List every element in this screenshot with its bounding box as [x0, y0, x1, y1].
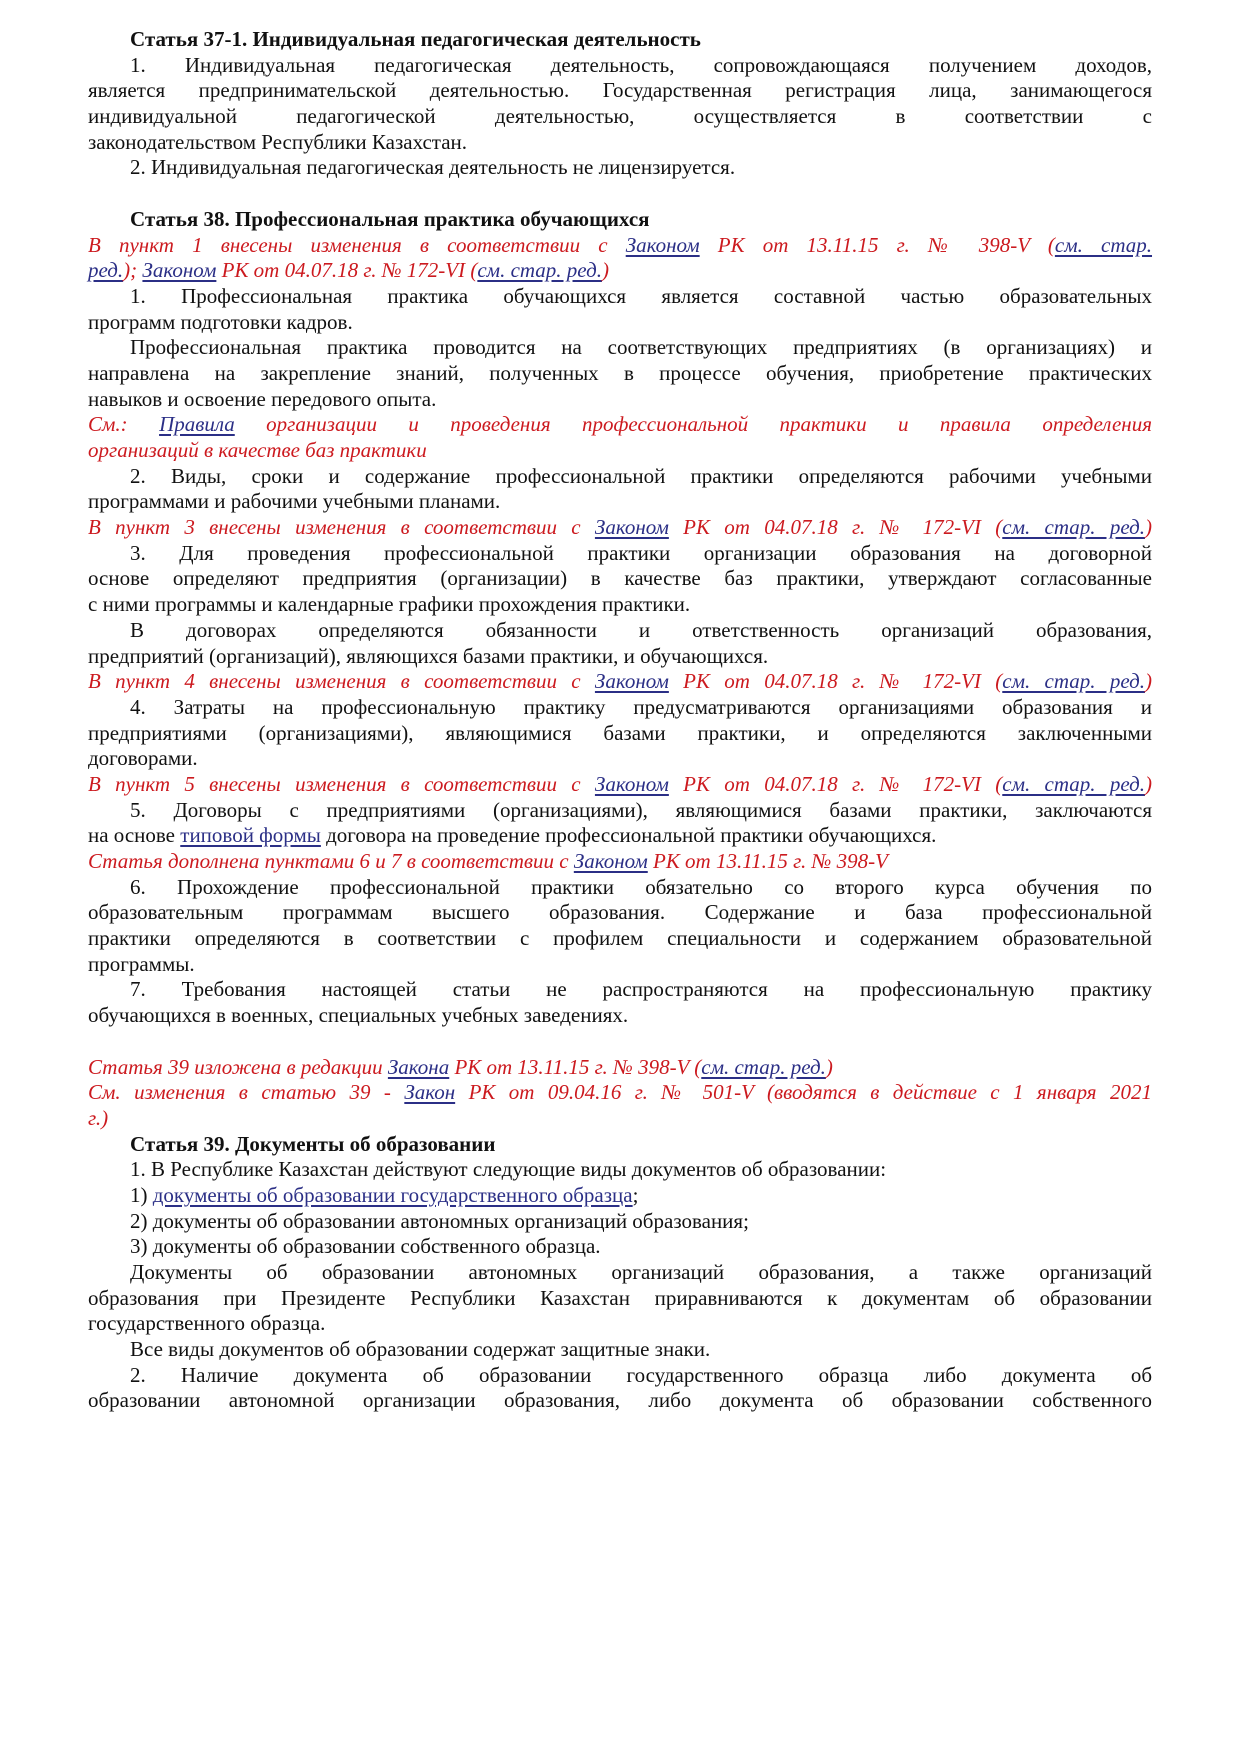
note-text: См. изменения в статью 39 - — [88, 1080, 404, 1104]
paragraph-line: 2. Виды, сроки и содержание профессионал… — [88, 464, 1152, 490]
note-text: ) — [602, 258, 609, 282]
standard-form-link[interactable]: типовой формы — [180, 823, 321, 847]
rules-link[interactable]: Правила — [159, 412, 235, 436]
paragraph-line: 1. В Республике Казахстан действуют след… — [88, 1157, 1152, 1183]
law-link[interactable]: Законом — [595, 669, 669, 693]
old-edition-link[interactable]: см. стар. ред. — [1002, 515, 1145, 539]
paragraph-line: государственного образца. — [88, 1311, 1152, 1337]
paragraph-line: 2. Наличие документа об образовании госу… — [88, 1363, 1152, 1389]
text: ; — [633, 1183, 639, 1207]
amendment-note-p5: В пункт 5 внесены изменения в соответств… — [88, 772, 1152, 798]
old-edition-link[interactable]: см. стар. ред. — [1002, 772, 1145, 796]
article-38-title: Статья 38. Профессиональная практика обу… — [88, 207, 1152, 233]
amendment-note-p4: В пункт 4 внесены изменения в соответств… — [88, 669, 1152, 695]
spacer — [88, 181, 1152, 207]
law-link[interactable]: Закон — [404, 1080, 455, 1104]
paragraph-line: 4. Затраты на профессиональную практику … — [88, 695, 1152, 721]
old-edition-link[interactable]: ред. — [88, 258, 123, 282]
paragraph-line: индивидуальной педагогической деятельнос… — [88, 104, 1152, 130]
paragraph-line: 5. Договоры с предприятиями (организация… — [88, 798, 1152, 824]
paragraph-line: 1. Индивидуальная педагогическая деятель… — [88, 53, 1152, 79]
law-link[interactable]: Законом — [142, 258, 216, 282]
paragraph-line: 3. Для проведения профессиональной практ… — [88, 541, 1152, 567]
spacer — [88, 1029, 1152, 1055]
old-edition-link[interactable]: см. стар. ред. — [701, 1055, 826, 1079]
note-text: ); — [123, 258, 142, 282]
old-edition-link[interactable]: см. стар. ред. — [477, 258, 602, 282]
paragraph-line: Документы об образовании автономных орга… — [88, 1260, 1152, 1286]
article-37-1-title: Статья 37-1. Индивидуальная педагогическ… — [88, 27, 1152, 53]
note-text: ) — [1145, 772, 1152, 796]
note-text: РК от 04.07.18 г. № 172-VI ( — [669, 669, 1002, 693]
paragraph-line: 2. Индивидуальная педагогическая деятель… — [88, 155, 1152, 181]
paragraph-line: с ними программы и календарные графики п… — [88, 592, 1152, 618]
amendment-note-p6-7: Статья дополнена пунктами 6 и 7 в соотве… — [88, 849, 1152, 875]
paragraph-line: программ подготовки кадров. — [88, 310, 1152, 336]
paragraph-line: договорами. — [88, 746, 1152, 772]
paragraph-line: В договорах определяются обязанности и о… — [88, 618, 1152, 644]
law-link[interactable]: Законом — [595, 515, 669, 539]
note-text: организации и проведения профессионально… — [235, 412, 1152, 436]
paragraph-line: является предпринимательской деятельност… — [88, 78, 1152, 104]
changes-note-art39-cont: г.) — [88, 1106, 1152, 1132]
paragraph-line: программами и рабочими учебными планами. — [88, 489, 1152, 515]
paragraph-line: образовании автономной организации образ… — [88, 1388, 1152, 1414]
see-rules-note-cont: организаций в качестве баз практики — [88, 438, 1152, 464]
paragraph-line: 1. Профессиональная практика обучающихся… — [88, 284, 1152, 310]
law-link[interactable]: Закона — [388, 1055, 449, 1079]
note-text: В пункт 5 внесены изменения в соответств… — [88, 772, 595, 796]
text: на основе — [88, 823, 180, 847]
edition-note-art39: Статья 39 изложена в редакции Закона РК … — [88, 1055, 1152, 1081]
list-item: 3) документы об образовании собственного… — [88, 1234, 1152, 1260]
amendment-note-p3: В пункт 3 внесены изменения в соответств… — [88, 515, 1152, 541]
paragraph-line: программы. — [88, 952, 1152, 978]
paragraph-line: 7. Требования настоящей статьи не распро… — [88, 977, 1152, 1003]
note-text: Статья дополнена пунктами 6 и 7 в соотве… — [88, 849, 574, 873]
old-edition-link[interactable]: см. стар. — [1055, 233, 1152, 257]
text: договора на проведение профессиональной … — [321, 823, 936, 847]
note-text: РК от 04.07.18 г. № 172-VI ( — [669, 772, 1002, 796]
law-link[interactable]: Законом — [626, 233, 700, 257]
list-item: 2) документы об образовании автономных о… — [88, 1209, 1152, 1235]
paragraph-line: образования при Президенте Республики Ка… — [88, 1286, 1152, 1312]
note-text: РК от 04.07.18 г. № 172-VI ( — [216, 258, 477, 282]
paragraph-line: практики определяются в соответствии с п… — [88, 926, 1152, 952]
paragraph-line: навыков и освоение передового опыта. — [88, 387, 1152, 413]
state-documents-link[interactable]: документы об образовании государственног… — [153, 1183, 633, 1207]
amendment-note-p1: В пункт 1 внесены изменения в соответств… — [88, 233, 1152, 259]
note-text: См.: — [88, 412, 159, 436]
paragraph-line: образовательным программам высшего образ… — [88, 900, 1152, 926]
paragraph-line: на основе типовой формы договора на пров… — [88, 823, 1152, 849]
paragraph-line: направлена на закрепление знаний, получе… — [88, 361, 1152, 387]
note-text: ) — [826, 1055, 833, 1079]
note-text: В пункт 1 внесены изменения в соответств… — [88, 233, 626, 257]
changes-note-art39: См. изменения в статью 39 - Закон РК от … — [88, 1080, 1152, 1106]
note-text: ) — [1145, 515, 1152, 539]
old-edition-link[interactable]: см. стар. ред. — [1002, 669, 1145, 693]
document-page: Статья 37-1. Индивидуальная педагогическ… — [88, 27, 1152, 1414]
note-text: РК от 09.04.16 г. № 501-V (вводятся в де… — [455, 1080, 1152, 1104]
paragraph-line: Профессиональная практика проводится на … — [88, 335, 1152, 361]
paragraph-line: основе определяют предприятия (организац… — [88, 566, 1152, 592]
note-text: РК от 13.11.15 г. № 398-V ( — [700, 233, 1055, 257]
see-rules-note: См.: Правила организации и проведения пр… — [88, 412, 1152, 438]
list-item: 1) документы об образовании государствен… — [88, 1183, 1152, 1209]
note-text: РК от 13.11.15 г. № 398-V — [648, 849, 888, 873]
note-text: В пункт 4 внесены изменения в соответств… — [88, 669, 595, 693]
note-text: Статья 39 изложена в редакции — [88, 1055, 388, 1079]
paragraph-line: обучающихся в военных, специальных учебн… — [88, 1003, 1152, 1029]
note-text: В пункт 3 внесены изменения в соответств… — [88, 515, 595, 539]
note-text: РК от 04.07.18 г. № 172-VI ( — [669, 515, 1002, 539]
note-text: РК от 13.11.15 г. № 398-V ( — [449, 1055, 701, 1079]
paragraph-line: предприятиями (организациями), являющими… — [88, 721, 1152, 747]
paragraph-line: Все виды документов об образовании содер… — [88, 1337, 1152, 1363]
text: 1) — [130, 1183, 153, 1207]
law-link[interactable]: Законом — [574, 849, 648, 873]
amendment-note-p1-cont: ред.); Законом РК от 04.07.18 г. № 172-V… — [88, 258, 1152, 284]
paragraph-line: законодательством Республики Казахстан. — [88, 130, 1152, 156]
note-text: ) — [1145, 669, 1152, 693]
article-39-title: Статья 39. Документы об образовании — [88, 1132, 1152, 1158]
law-link[interactable]: Законом — [595, 772, 669, 796]
paragraph-line: 6. Прохождение профессиональной практики… — [88, 875, 1152, 901]
paragraph-line: предприятий (организаций), являющихся ба… — [88, 644, 1152, 670]
